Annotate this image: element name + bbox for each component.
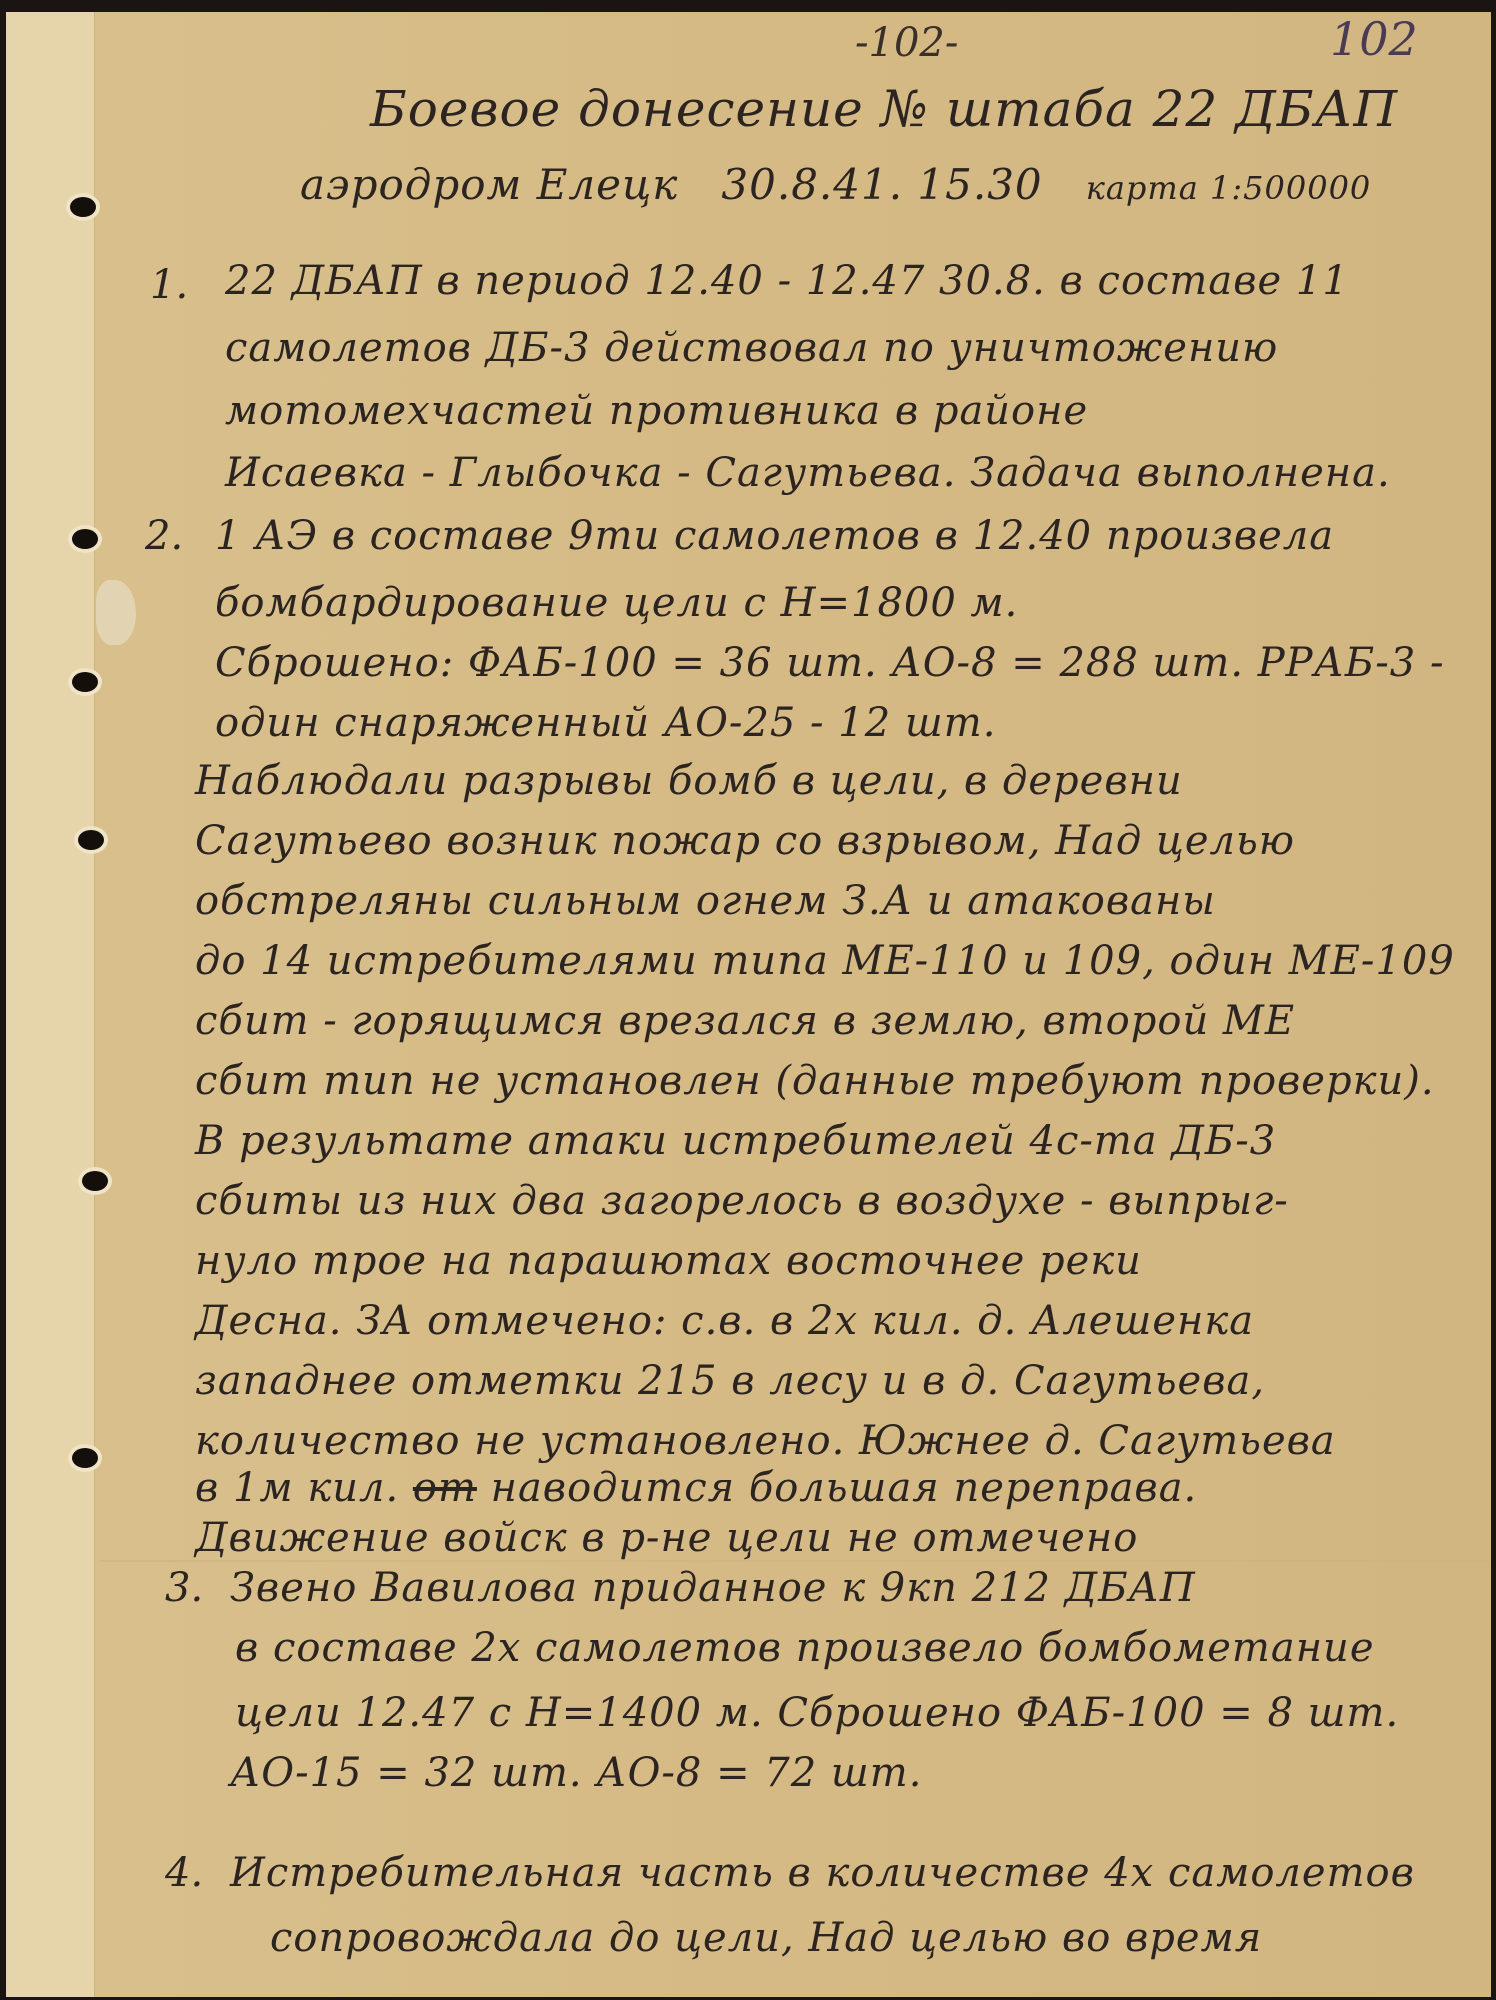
binding-hole [82,1171,108,1191]
text-line: В результате атаки истребителей 4с-та ДБ… [195,1118,1276,1164]
text-line: 22 ДБАП в период 12.40 - 12.47 30.8. в с… [225,258,1349,304]
text-line: Сагутьево возник пожар со взрывом, Над ц… [195,818,1295,864]
text-line: нуло трое на парашютах восточнее реки [195,1238,1142,1284]
map-scale: карта 1:500000 [1086,169,1372,207]
text-line: западнее отметки 215 в лесу и в д. Сагут… [195,1358,1265,1404]
text-line: Наблюдали разрывы бомб в цели, в деревни [195,758,1183,804]
text-line: Движение войск в р-не цели не отмечено [195,1515,1138,1561]
text-line: бомбардирование цели с Н=1800 м. [215,580,1018,626]
text-line: сопровождала до цели, Над целью во время [270,1915,1262,1961]
text-fragment: в 1м кил. [195,1465,399,1511]
section-number: 2. [145,513,183,559]
section-number: 1. [150,262,188,308]
text-line: 1 АЭ в составе 9ти самолетов в 12.40 про… [215,513,1334,559]
aerodrome: аэродром Елецк [300,160,678,209]
text-line: обстреляны сильным огнем З.А и атакованы [195,878,1216,924]
text-line: сбит тип не установлен (данные требуют п… [195,1058,1435,1104]
text-line: один снаряженный АО-25 - 12 шт. [215,700,996,746]
subtitle-place: аэродром Елецк 30.8.41. 15.30 карта 1:50… [300,160,1371,209]
binding-hole [72,672,98,692]
section-number: 4. [165,1850,203,1896]
text-line: Десна. ЗА отмечено: с.в. в 2х кил. д. Ал… [195,1298,1254,1344]
struck-word: от [413,1465,477,1511]
text-line: до 14 истребителями типа МЕ-110 и 109, о… [195,938,1455,984]
document-title: Боевое донесение № штаба 22 ДБАП [370,80,1398,138]
report-datetime: 30.8.41. 15.30 [721,160,1042,209]
text-line: сбиты из них два загорелось в воздухе - … [195,1178,1289,1224]
text-line: цели 12.47 с Н=1400 м. Сброшено ФАБ-100 … [235,1690,1399,1736]
paper-stain [96,580,136,645]
binding-hole [72,529,98,549]
text-line: Исаевка - Глыбочка - Сагутьева. Задача в… [225,450,1391,496]
text-line: в 1м кил. от наводится большая переправа… [195,1465,1197,1511]
binding-hole [78,830,104,850]
text-line: в составе 2х самолетов произвело бомбоме… [235,1625,1375,1671]
binding-hole [70,197,96,217]
text-line: АО-15 = 32 шт. АО-8 = 72 шт. [230,1750,922,1796]
text-line: мотомехчастей противника в районе [225,388,1088,434]
binding-hole [72,1448,98,1468]
archive-page-number: -102- [855,20,958,66]
text-fragment: наводится большая переправа. [491,1465,1198,1511]
text-line: Истребительная часть в количестве 4х сам… [230,1850,1415,1896]
binding-strip [6,12,95,1997]
text-line: количество не установлено. Южнее д. Сагу… [195,1418,1336,1464]
text-line: сбит - горящимся врезался в землю, второ… [195,998,1295,1044]
archive-page-stamp: 102 [1330,12,1418,66]
text-line: Сброшено: ФАБ-100 = 36 шт. АО-8 = 288 шт… [215,640,1444,686]
section-number: 3. [165,1565,203,1611]
text-line: Звено Вавилова приданное к 9кп 212 ДБАП [230,1565,1196,1611]
text-line: самолетов ДБ-3 действовал по уничтожению [225,325,1278,371]
